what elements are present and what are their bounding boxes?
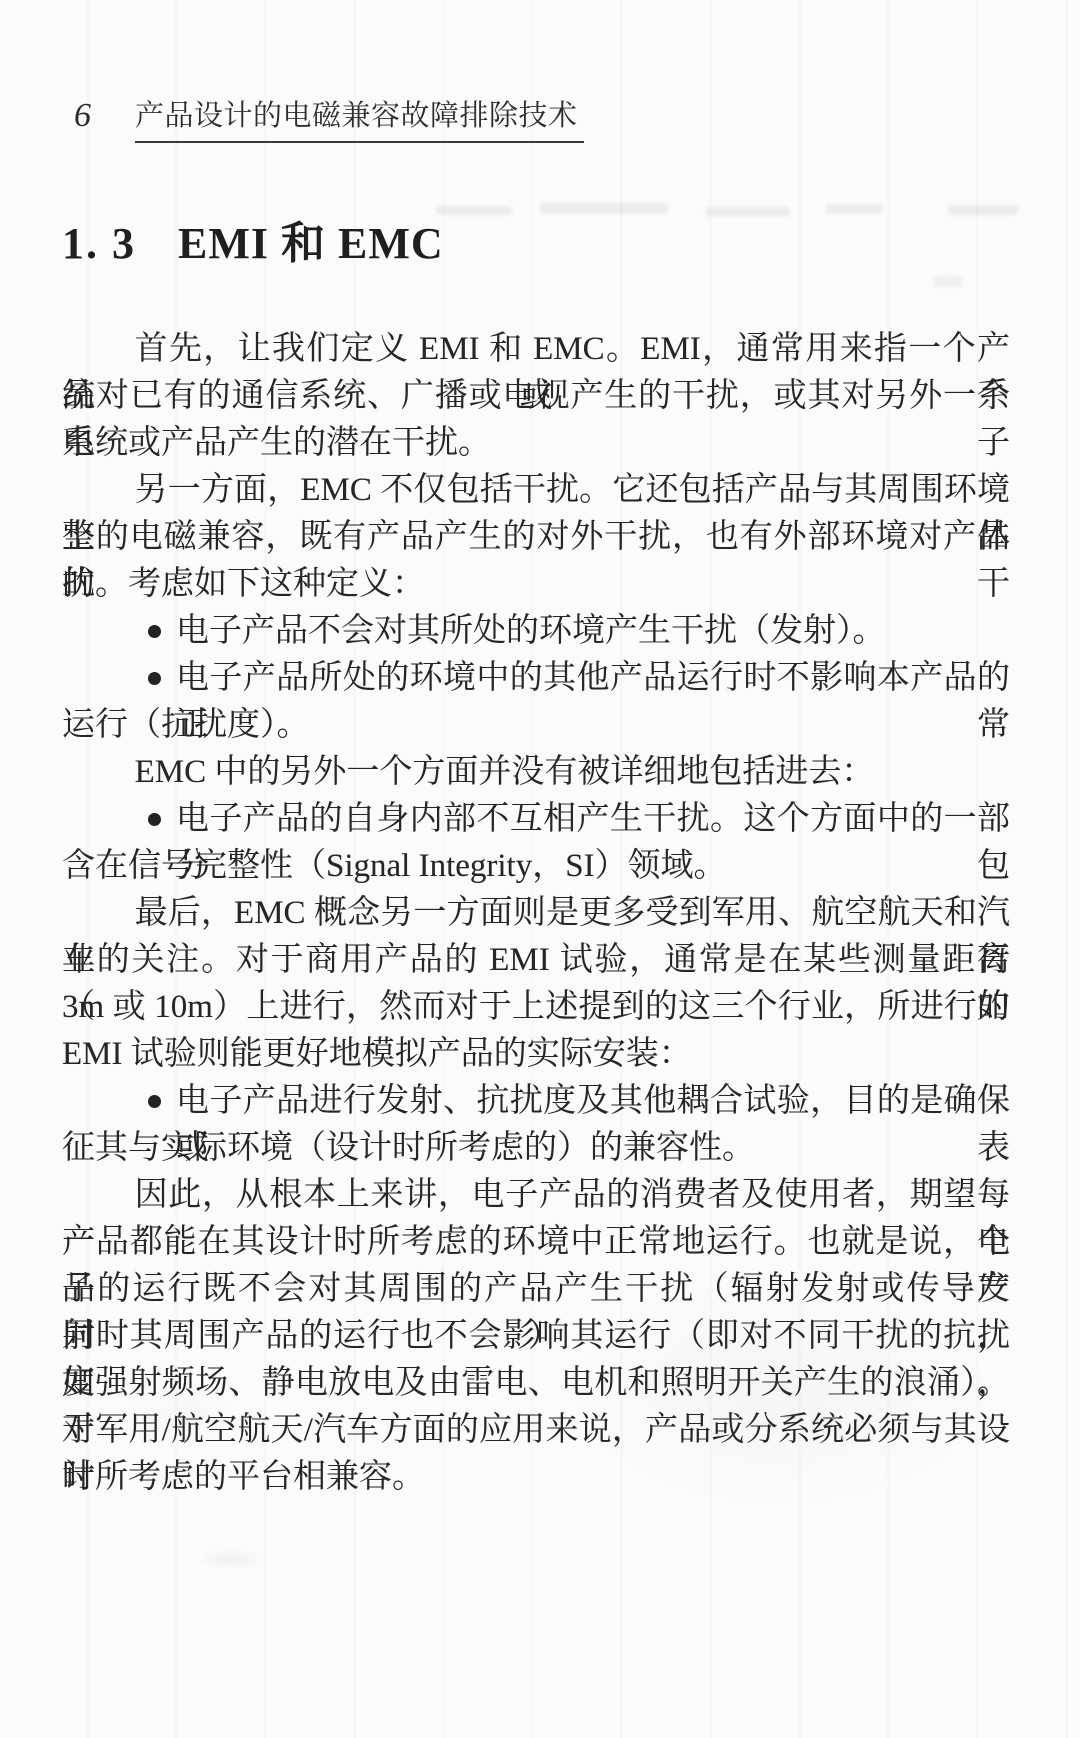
scan-artifact — [826, 204, 882, 214]
body-line: 同时其周围产品的运行也不会影响其运行（即对不同干扰的抗扰度， — [62, 1313, 1010, 1360]
book-page: 6 产品设计的电磁兼容故障排除技术 1. 3EMI 和 EMC 首先，让我们定义… — [0, 0, 1080, 1738]
bullet-item: 电子产品的自身内部不互相产生干扰。这个方面中的一部分包 — [62, 796, 1010, 843]
section-number: 1. 3 — [62, 219, 136, 268]
body-line: 统对已有的通信系统、广播或电视产生的干扰，或其对另外一个电子 — [62, 373, 1010, 420]
page-number: 6 — [74, 96, 91, 136]
body-line: 时所考虑的平台相兼容。 — [62, 1454, 1010, 1501]
body-line: 首先，让我们定义 EMI 和 EMC。EMI，通常用来指一个产品或系 — [62, 326, 1010, 373]
body-line: 另一方面，EMC 不仅包括干扰。它还包括产品与其周围环境整体 — [62, 467, 1010, 514]
body-line: EMI 试验则能更好地模拟产品的实际安装： — [62, 1031, 1010, 1078]
bullet-text: 电子产品所处的环境中的其他产品运行时不影响本产品的正常 — [176, 655, 1010, 702]
bullet-text: 电子产品不会对其所处的环境产生干扰（发射）。 — [176, 608, 1010, 655]
bullet-text: 电子产品的自身内部不互相产生干扰。这个方面中的一部分包 — [176, 796, 1010, 843]
body-line: 于军用/航空航天/汽车方面的应用来说，产品或分系统必须与其设计 — [62, 1407, 1010, 1454]
body-line: 3m 或 10m）上进行，然而对于上述提到的这三个行业，所进行的 — [62, 984, 1010, 1031]
bullet-item: 电子产品不会对其所处的环境产生干扰（发射）。 — [62, 608, 1010, 655]
bullet-item: 电子产品进行发射、抗扰度及其他耦合试验，目的是确保或表 — [62, 1078, 1010, 1125]
bullet-icon — [148, 672, 161, 685]
scan-artifact — [934, 277, 962, 287]
bullet-item: 电子产品所处的环境中的其他产品运行时不影响本产品的正常 — [62, 655, 1010, 702]
scan-artifact — [706, 207, 790, 216]
scan-artifact — [436, 206, 512, 215]
scan-artifact — [948, 205, 1018, 215]
body-line: EMC 中的另外一个方面并没有被详细地包括进去： — [62, 749, 1010, 796]
bullet-icon — [148, 1095, 161, 1108]
body-line: 如强射频场、静电放电及由雷电、电机和照明开关产生的浪涌）。对 — [62, 1360, 1010, 1407]
section-heading: 1. 3EMI 和 EMC — [62, 218, 1010, 272]
scan-artifact — [196, 1548, 266, 1570]
body-line: 因此，从根本上来讲，电子产品的消费者及使用者，期望每一个 — [62, 1172, 1010, 1219]
scan-artifact — [540, 203, 668, 214]
bullet-icon — [148, 625, 161, 638]
body-line: 上的电磁兼容，既有产品产生的对外干扰，也有外部环境对产品的干 — [62, 514, 1010, 561]
body-line: 最后，EMC 概念另一方面则是更多受到军用、航空航天和汽车行 — [62, 890, 1010, 937]
bullet-text: 电子产品进行发射、抗扰度及其他耦合试验，目的是确保或表 — [176, 1078, 1010, 1125]
running-title: 产品设计的电磁兼容故障排除技术 — [135, 98, 584, 143]
body-line: 业的关注。对于商用产品的 EMI 试验，通常是在某些测量距离（如 — [62, 937, 1010, 984]
bullet-icon — [148, 813, 161, 826]
body-line: 品的运行既不会对其周围的产品产生干扰（辐射发射或传导发射）， — [62, 1266, 1010, 1313]
running-header: 6 产品设计的电磁兼容故障排除技术 — [0, 96, 1080, 148]
section-title: EMI 和 EMC — [178, 219, 444, 268]
body-line: 产品都能在其设计时所考虑的环境中正常地运行。也就是说，电子产 — [62, 1219, 1010, 1266]
body-text: 首先，让我们定义 EMI 和 EMC。EMI，通常用来指一个产品或系 统对已有的… — [62, 326, 1010, 1501]
